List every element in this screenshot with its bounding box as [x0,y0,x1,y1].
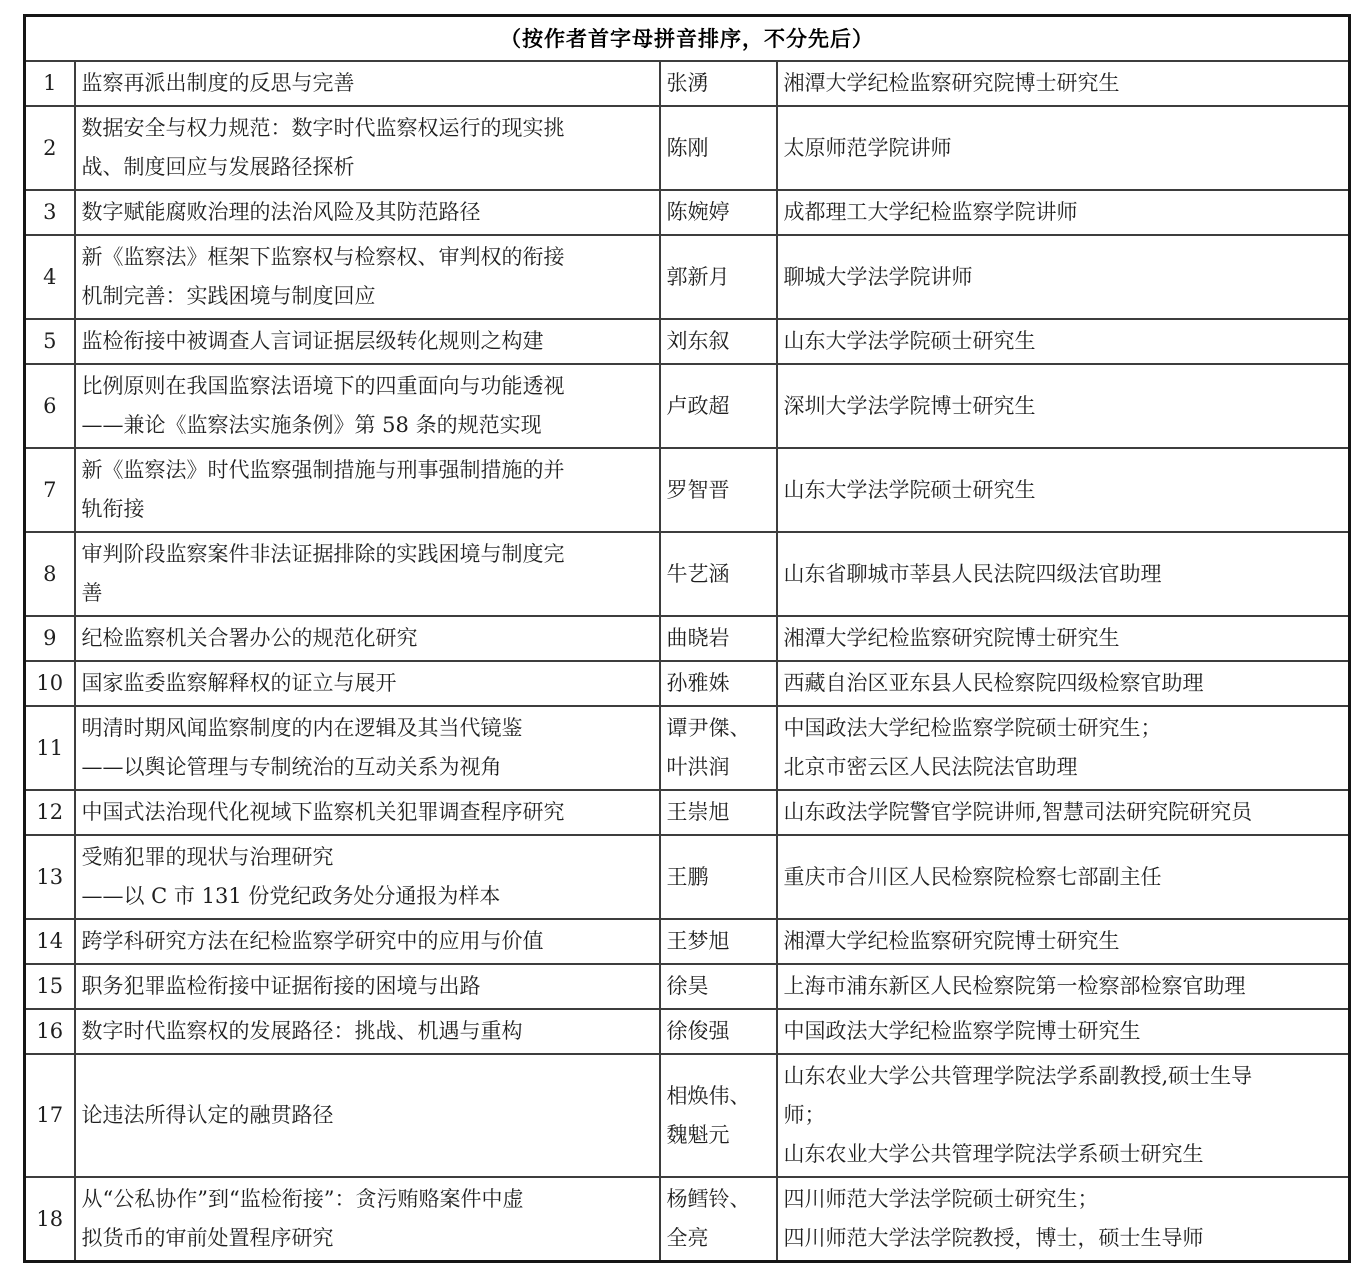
author-affiliation: 湘潭大学纪检监察研究院博士研究生 [777,61,1350,106]
author-name: 王鹏 [660,835,777,919]
author-name: 陈刚 [660,106,777,190]
row-number: 6 [25,364,75,448]
author-affiliation: 山东大学法学院硕士研究生 [777,448,1350,532]
author-affiliation: 山东省聊城市莘县人民法院四级法官助理 [777,532,1350,616]
author-affiliation: 西藏自治区亚东县人民检察院四级检察官助理 [777,661,1350,706]
table-row: 3 数字赋能腐败治理的法治风险及其防范路径 陈婉婷 成都理工大学纪检监察学院讲师 [25,190,1350,235]
author-name: 曲晓岩 [660,616,777,661]
paper-title: 数字时代监察权的发展路径：挑战、机遇与重构 [75,1009,660,1054]
author-affiliation: 重庆市合川区人民检察院检察七部副主任 [777,835,1350,919]
row-number: 13 [25,835,75,919]
author-affiliation: 山东农业大学公共管理学院法学系副教授,硕士生导 师； 山东农业大学公共管理学院法… [777,1054,1350,1177]
table-row: 15 职务犯罪监检衔接中证据衔接的困境与出路 徐昊 上海市浦东新区人民检察院第一… [25,964,1350,1009]
author-affiliation: 聊城大学法学院讲师 [777,235,1350,319]
author-affiliation: 四川师范大学法学院硕士研究生； 四川师范大学法学院教授，博士，硕士生导师 [777,1177,1350,1262]
author-name: 刘东叙 [660,319,777,364]
author-name: 卢政超 [660,364,777,448]
row-number: 17 [25,1054,75,1177]
document-page: （按作者首字母拼音排序，不分先后） 1 监察再派出制度的反思与完善 张湧 湘潭大… [0,0,1371,1281]
author-affiliation: 山东政法学院警官学院讲师,智慧司法研究院研究员 [777,790,1350,835]
table-row: 18 从“公私协作”到“监检衔接”：贪污贿赂案件中虚 拟货币的审前处置程序研究 … [25,1177,1350,1262]
table-row: 14 跨学科研究方法在纪检监察学研究中的应用与价值 王梦旭 湘潭大学纪检监察研究… [25,919,1350,964]
paper-title: 从“公私协作”到“监检衔接”：贪污贿赂案件中虚 拟货币的审前处置程序研究 [75,1177,660,1262]
table-title: （按作者首字母拼音排序，不分先后） [25,16,1350,62]
table-row: 6 比例原则在我国监察法语境下的四重面向与功能透视 ——兼论《监察法实施条例》第… [25,364,1350,448]
table-row: 9 纪检监察机关合署办公的规范化研究 曲晓岩 湘潭大学纪检监察研究院博士研究生 [25,616,1350,661]
table-row: 17 论违法所得认定的融贯路径 相焕伟、 魏魁元 山东农业大学公共管理学院法学系… [25,1054,1350,1177]
paper-title: 数据安全与权力规范：数字时代监察权运行的现实挑 战、制度回应与发展路径探析 [75,106,660,190]
paper-title: 监检衔接中被调查人言词证据层级转化规则之构建 [75,319,660,364]
author-name: 张湧 [660,61,777,106]
table-row: 2 数据安全与权力规范：数字时代监察权运行的现实挑 战、制度回应与发展路径探析 … [25,106,1350,190]
row-number: 3 [25,190,75,235]
paper-title: 职务犯罪监检衔接中证据衔接的困境与出路 [75,964,660,1009]
papers-table: （按作者首字母拼音排序，不分先后） 1 监察再派出制度的反思与完善 张湧 湘潭大… [23,14,1351,1263]
paper-title: 国家监委监察解释权的证立与展开 [75,661,660,706]
row-number: 8 [25,532,75,616]
author-name: 谭尹傑、 叶洪润 [660,706,777,790]
table-row: 13 受贿犯罪的现状与治理研究 ——以 C 市 131 份党纪政务处分通报为样本… [25,835,1350,919]
table-row: 12 中国式法治现代化视域下监察机关犯罪调查程序研究 王崇旭 山东政法学院警官学… [25,790,1350,835]
author-name: 相焕伟、 魏魁元 [660,1054,777,1177]
row-number: 15 [25,964,75,1009]
row-number: 11 [25,706,75,790]
paper-title: 数字赋能腐败治理的法治风险及其防范路径 [75,190,660,235]
row-number: 16 [25,1009,75,1054]
table-header-row: （按作者首字母拼音排序，不分先后） [25,16,1350,62]
table-row: 16 数字时代监察权的发展路径：挑战、机遇与重构 徐俊强 中国政法大学纪检监察学… [25,1009,1350,1054]
row-number: 5 [25,319,75,364]
paper-title: 中国式法治现代化视域下监察机关犯罪调查程序研究 [75,790,660,835]
author-name: 陈婉婷 [660,190,777,235]
row-number: 2 [25,106,75,190]
author-name: 孙雅姝 [660,661,777,706]
paper-title: 纪检监察机关合署办公的规范化研究 [75,616,660,661]
row-number: 10 [25,661,75,706]
author-affiliation: 上海市浦东新区人民检察院第一检察部检察官助理 [777,964,1350,1009]
table-row: 7 新《监察法》时代监察强制措施与刑事强制措施的并 轨衔接 罗智晋 山东大学法学… [25,448,1350,532]
paper-title: 比例原则在我国监察法语境下的四重面向与功能透视 ——兼论《监察法实施条例》第 5… [75,364,660,448]
author-name: 郭新月 [660,235,777,319]
table-body: 1 监察再派出制度的反思与完善 张湧 湘潭大学纪检监察研究院博士研究生 2 数据… [25,61,1350,1262]
paper-title: 论违法所得认定的融贯路径 [75,1054,660,1177]
row-number: 14 [25,919,75,964]
author-name: 牛艺涵 [660,532,777,616]
author-name: 王梦旭 [660,919,777,964]
author-name: 徐俊强 [660,1009,777,1054]
row-number: 4 [25,235,75,319]
author-affiliation: 湘潭大学纪检监察研究院博士研究生 [777,616,1350,661]
table-row: 11 明清时期风闻监察制度的内在逻辑及其当代镜鉴 ——以舆论管理与专制统治的互动… [25,706,1350,790]
author-affiliation: 湘潭大学纪检监察研究院博士研究生 [777,919,1350,964]
table-row: 1 监察再派出制度的反思与完善 张湧 湘潭大学纪检监察研究院博士研究生 [25,61,1350,106]
table-row: 10 国家监委监察解释权的证立与展开 孙雅姝 西藏自治区亚东县人民检察院四级检察… [25,661,1350,706]
paper-title: 新《监察法》框架下监察权与检察权、审判权的衔接 机制完善：实践困境与制度回应 [75,235,660,319]
paper-title: 跨学科研究方法在纪检监察学研究中的应用与价值 [75,919,660,964]
author-affiliation: 中国政法大学纪检监察学院硕士研究生； 北京市密云区人民法院法官助理 [777,706,1350,790]
row-number: 12 [25,790,75,835]
row-number: 9 [25,616,75,661]
paper-title: 明清时期风闻监察制度的内在逻辑及其当代镜鉴 ——以舆论管理与专制统治的互动关系为… [75,706,660,790]
author-affiliation: 太原师范学院讲师 [777,106,1350,190]
table-row: 5 监检衔接中被调查人言词证据层级转化规则之构建 刘东叙 山东大学法学院硕士研究… [25,319,1350,364]
author-name: 王崇旭 [660,790,777,835]
paper-title: 审判阶段监察案件非法证据排除的实践困境与制度完 善 [75,532,660,616]
table-row: 4 新《监察法》框架下监察权与检察权、审判权的衔接 机制完善：实践困境与制度回应… [25,235,1350,319]
table-row: 8 审判阶段监察案件非法证据排除的实践困境与制度完 善 牛艺涵 山东省聊城市莘县… [25,532,1350,616]
paper-title: 受贿犯罪的现状与治理研究 ——以 C 市 131 份党纪政务处分通报为样本 [75,835,660,919]
author-name: 罗智晋 [660,448,777,532]
author-affiliation: 成都理工大学纪检监察学院讲师 [777,190,1350,235]
row-number: 18 [25,1177,75,1262]
row-number: 7 [25,448,75,532]
author-affiliation: 山东大学法学院硕士研究生 [777,319,1350,364]
author-name: 杨鳕铃、 全亮 [660,1177,777,1262]
row-number: 1 [25,61,75,106]
author-name: 徐昊 [660,964,777,1009]
author-affiliation: 中国政法大学纪检监察学院博士研究生 [777,1009,1350,1054]
author-affiliation: 深圳大学法学院博士研究生 [777,364,1350,448]
paper-title: 新《监察法》时代监察强制措施与刑事强制措施的并 轨衔接 [75,448,660,532]
paper-title: 监察再派出制度的反思与完善 [75,61,660,106]
